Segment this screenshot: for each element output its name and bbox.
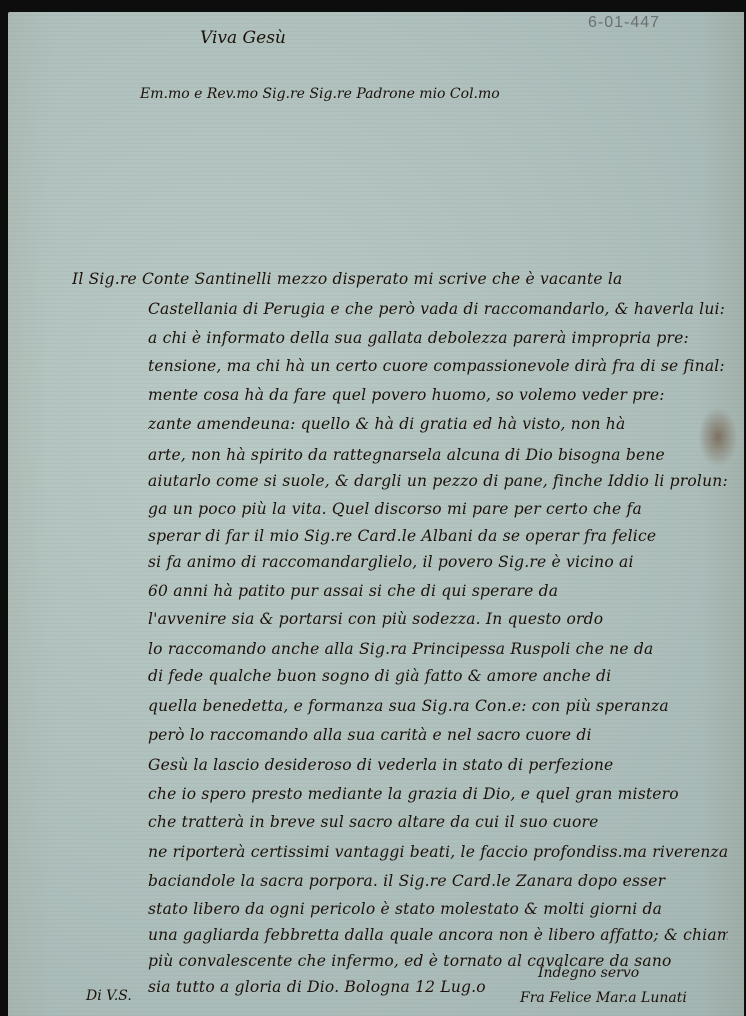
body-line: baciandole la sacra porpora. il Sig.re C… [148, 872, 728, 890]
closing-note: Di V.S. [86, 988, 132, 1004]
body-line: zante amendeuna: quello & hà di gratia e… [148, 415, 728, 433]
body-line: mente cosa hà da fare quel povero huomo,… [148, 386, 728, 404]
body-line: quella benedetta, e formanza sua Sig.ra … [148, 697, 728, 715]
body-line: ga un poco più la vita. Quel discorso mi… [148, 500, 728, 518]
body-line: Castellania di Perugia e che però vada d… [148, 300, 728, 318]
body-line: Il Sig.re Conte Santinelli mezzo dispera… [72, 270, 722, 288]
body-line: che io spero presto mediante la grazia d… [148, 785, 728, 803]
body-line: stato libero da ogni pericolo è stato mo… [148, 900, 728, 918]
signature-line-1: Indegno servo [538, 965, 639, 981]
body-line: arte, non hà spirito da rattegnarsela al… [148, 446, 728, 464]
body-line: lo raccomando anche alla Sig.ra Principe… [148, 640, 728, 658]
body-line: si fa animo di raccomandarglielo, il pov… [148, 553, 728, 571]
body-line: di fede qualche buon sogno di già fatto … [148, 667, 728, 685]
archive-number: 6-01-447 [588, 14, 660, 32]
salutation: Em.mo e Rev.mo Sig.re Sig.re Padrone mio… [140, 86, 500, 102]
body-line: aiutarlo come si suole, & dargli un pezz… [148, 472, 728, 490]
body-line: tensione, ma chi hà un certo cuore compa… [148, 357, 728, 375]
body-line: sperar di far il mio Sig.re Card.le Alba… [148, 527, 728, 545]
body-line: 60 anni hà patito pur assai si che di qu… [148, 582, 728, 600]
body-line: una gagliarda febbretta dalla quale anco… [148, 926, 728, 944]
invocation-header: Viva Gesù [200, 28, 286, 48]
body-line: l'avvenire sia & portarsi con più sodezz… [148, 610, 728, 628]
body-line: a chi è informato della sua gallata debo… [148, 329, 728, 347]
body-line: però lo raccomando alla sua carità e nel… [148, 726, 728, 744]
body-line: ne riporterà certissimi vantaggi beati, … [148, 843, 728, 861]
body-line: più convalescente che infermo, ed è torn… [148, 952, 728, 970]
body-line: che tratterà in breve sul sacro altare d… [148, 813, 728, 831]
body-line: Gesù la lascio desideroso di vederla in … [148, 756, 728, 774]
signature-line-2: Fra Felice Mar.a Lunati [520, 990, 687, 1006]
